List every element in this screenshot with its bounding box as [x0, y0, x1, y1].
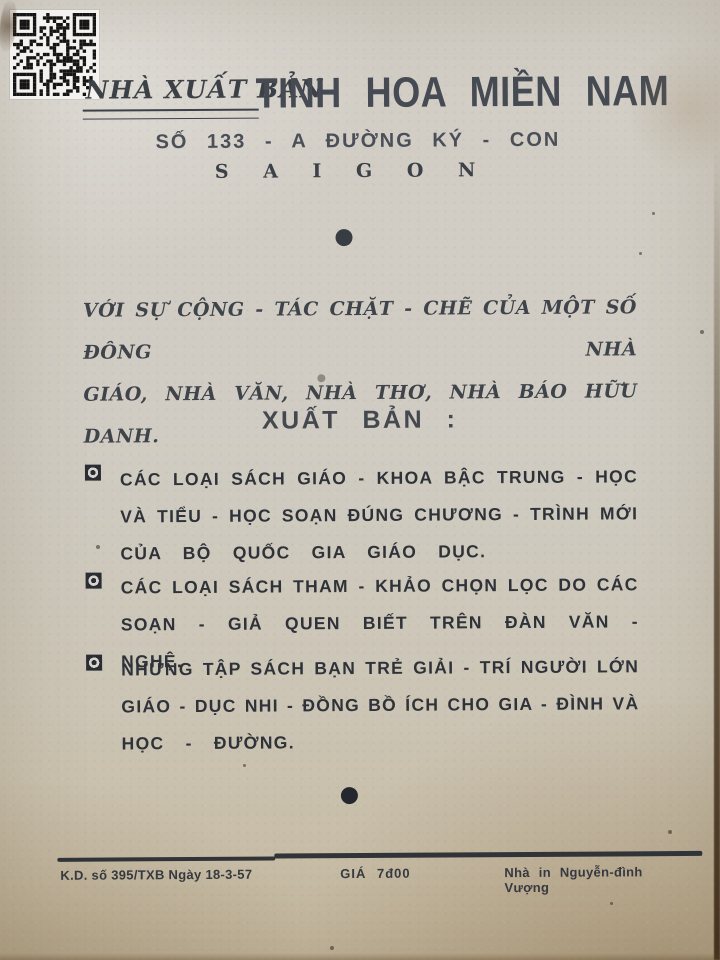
publisher-label-underline: [83, 109, 259, 120]
bullet-target-icon: [86, 573, 102, 589]
item-line: GIÁO - DỤC NHI - ĐỒNG BỒ ÍCH CHO GIA - Đ…: [121, 685, 639, 725]
footer-printer: Nhà in Nguyễn-đình Vượng: [504, 864, 674, 895]
list-item: NHỮNG TẬP SÁCH BẠN TRẺ GIẢI - TRÍ NGƯỜI …: [86, 648, 640, 762]
paper-speck: [610, 902, 613, 905]
paper-speck: [243, 764, 246, 767]
bullet-target-icon: [86, 655, 102, 671]
item-line: CÁC LOẠI SÁCH THAM - KHẢO CHỌN LỌC DO CÁ…: [121, 566, 639, 606]
scanned-back-cover: NHÀ XUẤT BẢN TINH HOA MIỀN NAM SỐ 133 - …: [0, 0, 720, 960]
paper-speck: [668, 830, 672, 834]
page-content: NHÀ XUẤT BẢN TINH HOA MIỀN NAM SỐ 133 - …: [0, 0, 720, 960]
separator-dot-icon: [335, 229, 352, 246]
section-heading: XUẤT BẢN :: [0, 404, 720, 437]
publisher-city: S A I G O N: [0, 158, 706, 184]
list-item: CÁC LOẠI SÁCH GIÁO - KHOA BẬC TRUNG - HỌ…: [85, 458, 639, 572]
paper-speck: [330, 946, 334, 950]
footer-license: K.D. số 395/TXB Ngày 18-3-57: [60, 867, 252, 883]
item-line: NHỮNG TẬP SÁCH BẠN TRẺ GIẢI - TRÍ NGƯỜI …: [121, 648, 639, 688]
paper-speck: [96, 545, 100, 549]
footer-rule: [274, 851, 702, 859]
bullet-target-icon: [85, 465, 101, 481]
page-edge-shadow: [714, 150, 720, 960]
paper-speck: [652, 212, 655, 215]
separator-dot-icon: [317, 374, 325, 382]
publisher-address: SỐ 133 - A ĐƯỜNG KÝ - CON: [0, 128, 718, 155]
paper-speck: [639, 252, 642, 255]
item-line: HỌC - ĐƯỜNG.: [121, 722, 639, 762]
separator-dot-icon: [341, 787, 358, 804]
page-edge-shadow: [0, 953, 720, 960]
footer-rule: [57, 857, 275, 862]
item-line: VÀ TIỂU - HỌC SOẠN ĐÚNG CHƯƠNG - TRÌNH M…: [120, 495, 638, 535]
publisher-name: TINH HOA MIỀN NAM: [255, 68, 669, 119]
footer-price: GIÁ 7đ00: [300, 865, 450, 881]
paper-speck: [700, 330, 704, 334]
intro-line: VỚI SỰ CỘNG - TÁC CHẶT - CHẼ CỦA MỘT SỐ …: [83, 286, 638, 373]
item-line: CÁC LOẠI SÁCH GIÁO - KHOA BẬC TRUNG - HỌ…: [120, 458, 638, 498]
